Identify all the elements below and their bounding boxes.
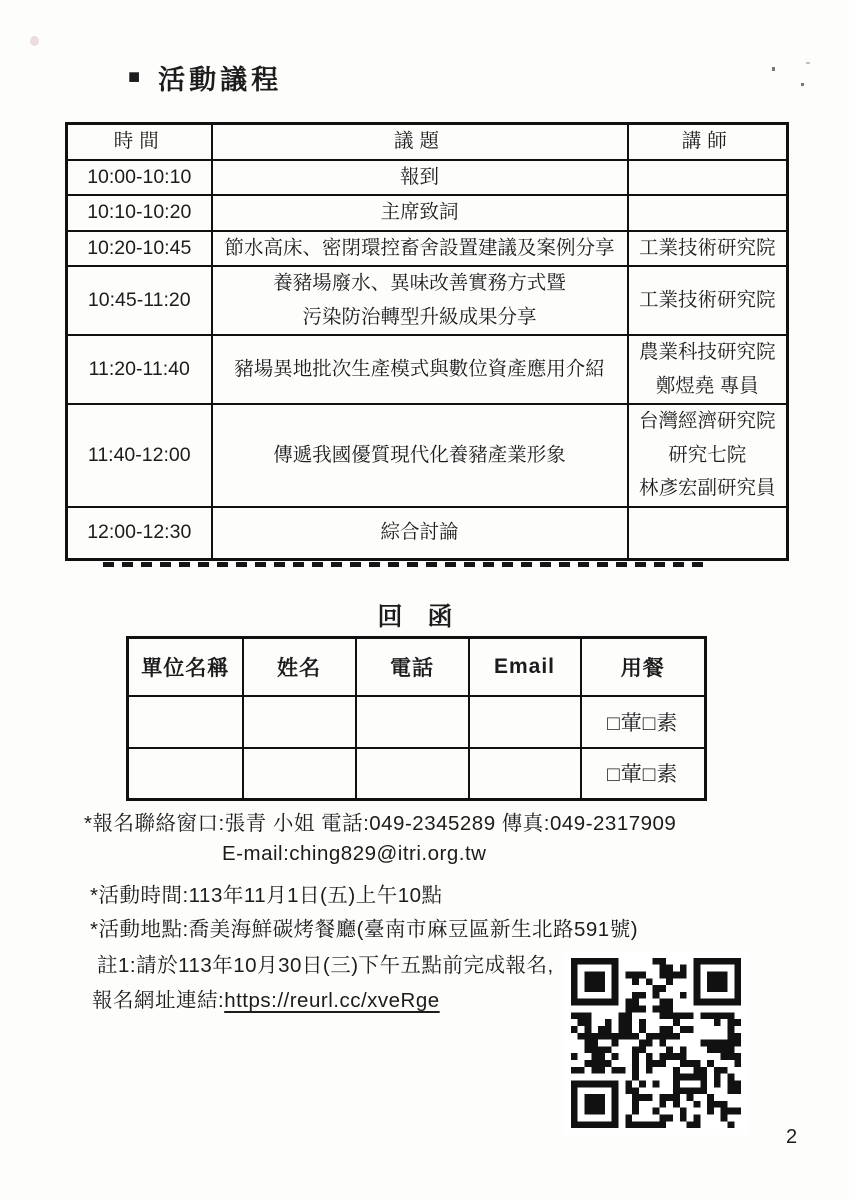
org-field <box>128 748 243 800</box>
agenda-header-row: 時間 議題 講師 <box>67 124 788 160</box>
name-field <box>243 748 356 800</box>
event-place-line: *活動地點:喬美海鮮碳烤餐廳(臺南市麻豆區新生北路591號) <box>90 912 638 942</box>
page-number: 2 <box>786 1126 797 1149</box>
agenda-speaker <box>628 195 788 231</box>
signup-link-line: 報名網址連結:https://reurl.cc/xveRge <box>92 983 440 1013</box>
phone-field <box>356 696 469 748</box>
dashed-cut-line <box>103 562 711 567</box>
signup-url-link[interactable]: https://reurl.cc/xveRge <box>224 989 439 1012</box>
agenda-speaker: 台灣經濟研究院 研究七院 林彥宏副研究員 <box>628 404 788 507</box>
table-row: 12:00-12:30 綜合討論 <box>67 507 788 560</box>
reply-form-title: 回 函 <box>126 597 704 633</box>
table-row: 10:00-10:10 報到 <box>67 160 788 196</box>
email-field <box>469 696 581 748</box>
form-row: □葷□素 <box>128 696 706 748</box>
table-row: 10:20-10:45 節水高床、密閉環控畜舍設置建議及案例分享 工業技術研究院 <box>67 231 788 267</box>
registration-qr-code <box>564 951 748 1135</box>
table-row: 11:40-12:00 傳遞我國優質現代化養豬產業形象 台灣經濟研究院 研究七院… <box>67 404 788 507</box>
agenda-topic: 報到 <box>212 160 628 196</box>
name-field <box>243 696 356 748</box>
reply-col-name: 姓名 <box>243 638 356 696</box>
agenda-time: 11:20-11:40 <box>67 335 212 404</box>
contact-email-line: E-mail:ching829@itri.org.tw <box>222 842 486 866</box>
agenda-time: 12:00-12:30 <box>67 507 212 560</box>
reply-col-email: Email <box>469 638 581 696</box>
agenda-topic: 傳遞我國優質現代化養豬產業形象 <box>212 404 628 507</box>
org-field <box>128 696 243 748</box>
document-page: ■ 活動議程 時間 議題 講師 10:00-10:10 報到 10:10-10:… <box>0 0 849 1200</box>
table-row: 11:20-11:40 豬場異地批次生產模式與數位資產應用介紹 農業科技研究院 … <box>67 335 788 404</box>
agenda-time: 11:40-12:00 <box>67 404 212 507</box>
agenda-time: 10:00-10:10 <box>67 160 212 196</box>
reply-col-org: 單位名稱 <box>128 638 243 696</box>
agenda-col-time: 時間 <box>67 124 212 160</box>
reply-header-row: 單位名稱 姓名 電話 Email 用餐 <box>128 638 706 696</box>
signup-link-label: 報名網址連結: <box>92 989 224 1012</box>
agenda-title: 活動議程 <box>158 58 282 97</box>
agenda-col-topic: 議題 <box>212 124 628 160</box>
reply-col-phone: 電話 <box>356 638 469 696</box>
agenda-speaker <box>628 507 788 560</box>
registration-contact-line: *報名聯絡窗口:張青 小姐 電話:049-2345289 傳真:049-2317… <box>84 806 676 836</box>
agenda-topic: 綜合討論 <box>212 507 628 560</box>
agenda-topic: 節水高床、密閉環控畜舍設置建議及案例分享 <box>212 231 628 267</box>
scan-artifact <box>772 67 775 71</box>
agenda-speaker <box>628 160 788 196</box>
agenda-time: 10:45-11:20 <box>67 266 212 335</box>
table-row: 10:45-11:20 養豬場廢水、異味改善實務方式暨 污染防治轉型升級成果分享… <box>67 266 788 335</box>
agenda-table: 時間 議題 講師 10:00-10:10 報到 10:10-10:20 主席致詞… <box>65 122 789 561</box>
scan-artifact <box>30 36 39 46</box>
reply-form-table: 單位名稱 姓名 電話 Email 用餐 □葷□素 □葷□素 <box>126 636 707 801</box>
agenda-time: 10:10-10:20 <box>67 195 212 231</box>
agenda-time: 10:20-10:45 <box>67 231 212 267</box>
event-time-line: *活動時間:113年11月1日(五)上午10點 <box>90 878 443 908</box>
agenda-col-speaker: 講師 <box>628 124 788 160</box>
agenda-speaker: 農業科技研究院 鄭煜堯 專員 <box>628 335 788 404</box>
meal-checkboxes: □葷□素 <box>581 748 706 800</box>
agenda-speaker: 工業技術研究院 <box>628 231 788 267</box>
agenda-topic: 養豬場廢水、異味改善實務方式暨 污染防治轉型升級成果分享 <box>212 266 628 335</box>
square-bullet-icon: ■ <box>128 66 140 89</box>
meal-checkboxes: □葷□素 <box>581 696 706 748</box>
email-field <box>469 748 581 800</box>
registration-note-line: 註1:請於113年10月30日(三)下午五點前完成報名, <box>97 948 554 978</box>
reply-col-meal: 用餐 <box>581 638 706 696</box>
agenda-topic: 豬場異地批次生產模式與數位資產應用介紹 <box>212 335 628 404</box>
phone-field <box>356 748 469 800</box>
table-row: 10:10-10:20 主席致詞 <box>67 195 788 231</box>
agenda-topic: 主席致詞 <box>212 195 628 231</box>
agenda-speaker: 工業技術研究院 <box>628 266 788 335</box>
scan-artifact <box>806 62 810 64</box>
scan-artifact <box>801 83 804 86</box>
form-row: □葷□素 <box>128 748 706 800</box>
agenda-section-title: ■ 活動議程 <box>128 58 282 97</box>
